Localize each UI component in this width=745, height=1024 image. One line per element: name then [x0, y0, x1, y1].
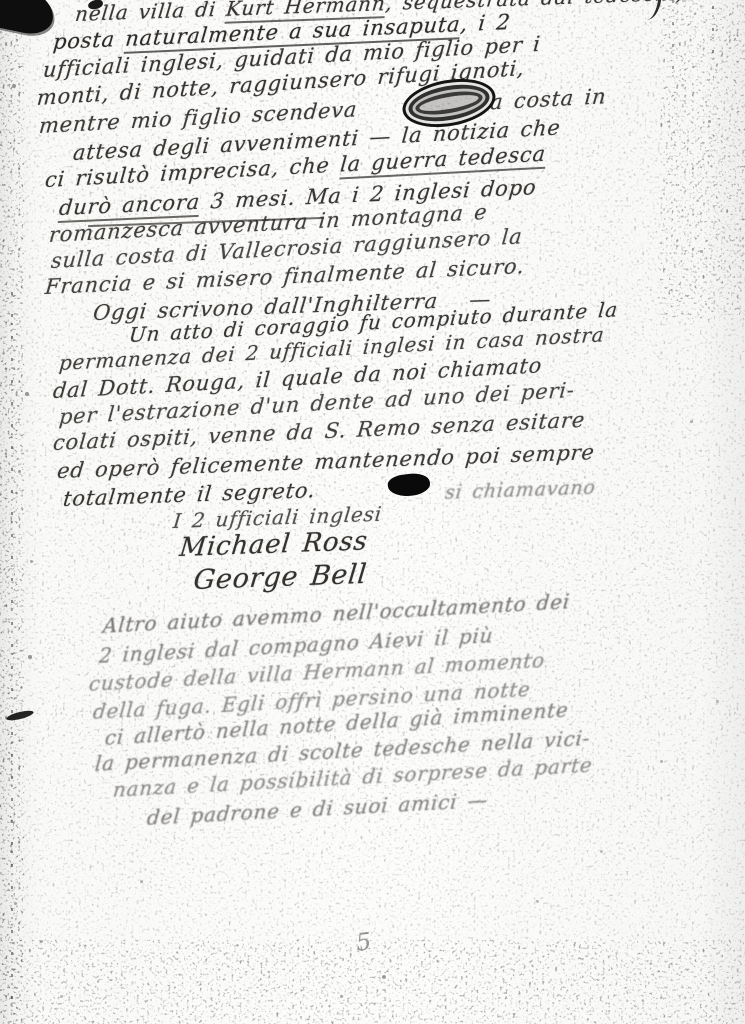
scan-speck — [700, 250, 703, 253]
scan-speck — [690, 420, 693, 423]
right-speck-column — [672, 0, 674, 82]
name-george-bell: George Bell — [192, 559, 369, 596]
right-edge-crease — [712, 6, 714, 60]
name-michael-ross: Michael Ross — [178, 526, 369, 563]
scan-speck — [340, 995, 343, 998]
scan-speck — [18, 470, 21, 473]
scan-speck — [25, 392, 29, 396]
solid-ink-blot — [387, 471, 432, 499]
top-right-pen-stroke — [642, 0, 661, 21]
scan-speck — [536, 900, 539, 903]
scan-speck — [10, 850, 13, 853]
page-number: 5 — [355, 927, 373, 956]
scan-speck — [14, 902, 17, 905]
scan-speck — [140, 880, 143, 883]
scan-speck — [716, 700, 719, 703]
corner-ink-stain — [0, 0, 58, 38]
scan-speck — [40, 940, 43, 943]
scan-speck — [240, 960, 242, 962]
scan-speck — [30, 560, 33, 563]
scanned-manuscript-page: nella villa di Kurt Hermann, sequestrata… — [0, 0, 745, 1024]
scan-speck — [12, 84, 16, 88]
scan-speck — [708, 120, 711, 123]
scan-speck — [382, 975, 386, 979]
line-19b: si chiamavano — [444, 477, 597, 504]
scan-speck — [28, 655, 32, 659]
scan-speck — [600, 850, 603, 853]
left-margin-dash — [6, 709, 35, 723]
left-fold-crease — [11, 292, 13, 1018]
scan-speck — [660, 760, 663, 763]
scan-speck — [60, 995, 63, 998]
